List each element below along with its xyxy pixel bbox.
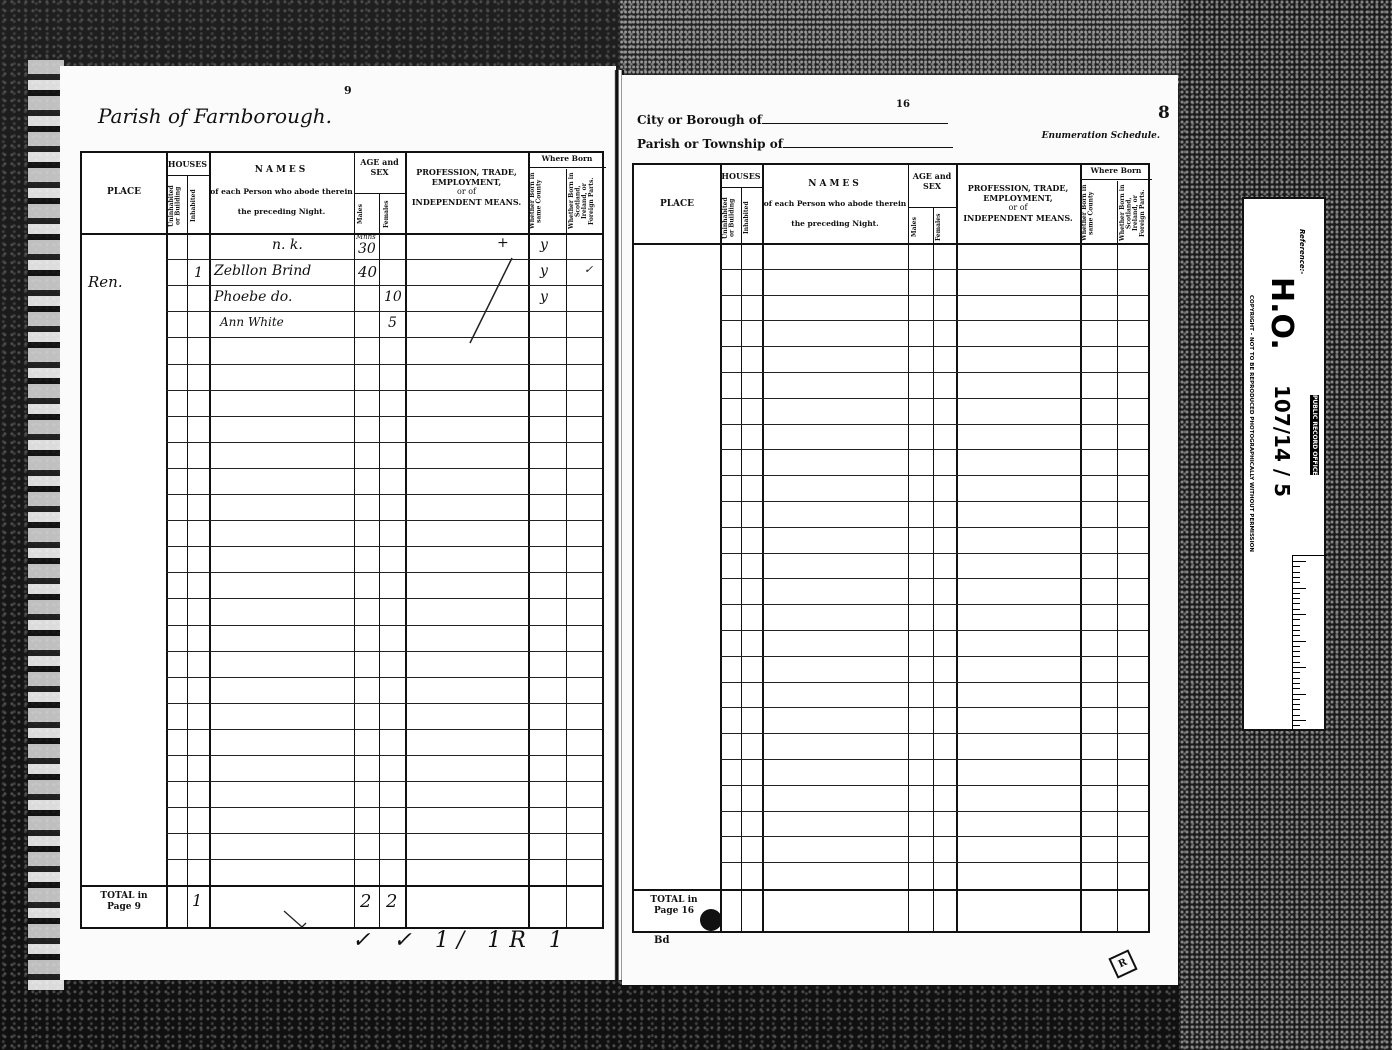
tag-reference-label: Reference:- <box>1298 229 1306 274</box>
header-inhabited: Inhabited <box>191 181 205 231</box>
ruler-tick <box>1292 619 1300 620</box>
table-row-line <box>720 733 1148 734</box>
ruler-tick <box>1292 704 1300 705</box>
table-row-line <box>720 527 1148 528</box>
total-males: 2 <box>360 891 371 912</box>
header-born-same-county: Whether Born in same County <box>1082 183 1114 243</box>
table-row-line <box>720 475 1148 476</box>
table-row-line <box>720 836 1148 837</box>
table-row-line <box>166 781 602 782</box>
ruler-tick <box>1292 566 1300 567</box>
header-names-sub1: of each Person who abode therein <box>762 199 908 208</box>
ink-blot <box>700 909 722 931</box>
header-where-born: Where Born <box>1080 166 1152 175</box>
table-row-line <box>166 520 602 521</box>
header-born-same-county: Whether Born in same County <box>530 171 564 231</box>
col-divider <box>166 153 168 927</box>
entry-name: n. k. <box>272 237 303 253</box>
header-profession: PROFESSION, TRADE, EMPLOYMENT, or of IND… <box>405 167 528 207</box>
entry-name: Zebllon Brind <box>214 263 311 279</box>
ruler-tick <box>1292 561 1306 562</box>
tag-copyright: COPYRIGHT - NOT TO BE REPRODUCED PHOTOGR… <box>1248 295 1254 552</box>
table-row-line <box>720 682 1148 683</box>
col-divider <box>379 193 380 927</box>
ruler-tick <box>1292 598 1300 599</box>
ruler-tick <box>1292 651 1300 652</box>
table-row-line <box>720 553 1148 554</box>
page-number: 16 <box>896 99 910 110</box>
ruler-tick <box>1292 672 1300 673</box>
right-page: 16 8 City or Borough of Parish or Townsh… <box>622 75 1178 985</box>
header-place: PLACE <box>82 187 166 198</box>
ruler-tick <box>1292 588 1306 589</box>
table-row-line <box>720 346 1148 347</box>
table-row-line <box>720 759 1148 760</box>
table-row-line <box>720 269 1148 270</box>
table-row-line <box>720 707 1148 708</box>
ruler-tick <box>1292 678 1300 679</box>
col-divider <box>528 153 530 927</box>
header-age-sex: AGE and SEX <box>354 157 405 177</box>
table-row-line <box>720 372 1148 373</box>
table-row-line <box>720 630 1148 631</box>
header-age-sex: AGE and SEX <box>908 171 956 191</box>
header-uninhabited: Uninhabited or Building <box>169 181 185 231</box>
entry-male-age: 30 <box>358 241 376 257</box>
pen-stroke <box>462 253 522 348</box>
header-names: NAMES <box>209 165 354 176</box>
header-names-sub1: of each Person who abode therein <box>209 187 354 196</box>
col-divider <box>187 175 188 927</box>
ruler-tick <box>1292 572 1300 573</box>
parish-heading: Parish of Farnborough. <box>98 104 332 128</box>
table-row-line <box>166 572 602 573</box>
header-females: Females <box>936 213 954 241</box>
table-row-line <box>720 501 1148 502</box>
table-row-line <box>166 390 602 391</box>
parish-township-field: Parish or Township of <box>637 135 953 151</box>
entry-female-age: 10 <box>384 289 402 305</box>
ruler-tick <box>1292 656 1300 657</box>
header-where-born: Where Born <box>528 154 606 163</box>
header-profession: PROFESSION, TRADE, EMPLOYMENT, or of IND… <box>956 183 1080 223</box>
table-row-line <box>720 656 1148 657</box>
table-row-line <box>166 625 602 626</box>
reference-tag: Reference:- H.O. 107/14 / 5 PUBLIC RECOR… <box>1242 197 1326 731</box>
table-row-line <box>166 468 602 469</box>
table-row-line <box>166 285 602 286</box>
table-row-line <box>166 807 602 808</box>
entry-female-age: 5 <box>388 315 397 331</box>
table-row-line <box>166 259 602 260</box>
table-row-line <box>720 295 1148 296</box>
ruler-tick <box>1292 625 1300 626</box>
ruler-tick <box>1292 593 1300 594</box>
header-uninhabited: Uninhabited or Building <box>723 193 739 243</box>
table-row-line <box>166 859 602 860</box>
place-note: Ren. <box>88 273 123 291</box>
ruler-tick <box>1292 614 1306 615</box>
header-females: Females <box>384 199 402 229</box>
entry-male-age: 40 <box>358 263 377 281</box>
header-names: NAMES <box>762 179 908 190</box>
header-place: PLACE <box>634 199 720 210</box>
table-row-line <box>166 598 602 599</box>
table-row-line <box>720 785 1148 786</box>
table-row-line <box>166 755 602 756</box>
col-divider <box>209 153 211 927</box>
entry-inhabited: 1 <box>194 265 203 281</box>
table-row-line <box>720 424 1148 425</box>
ruler-tick <box>1292 603 1300 604</box>
ruler-tick <box>1292 683 1300 684</box>
entry-same-county: y <box>540 237 548 253</box>
table-row-line <box>166 311 602 312</box>
col-divider <box>405 153 407 927</box>
binding-edge <box>28 60 64 990</box>
table-row-line <box>720 398 1148 399</box>
schedule-label: Enumeration Schedule. <box>1042 131 1160 141</box>
census-table-right: PLACE HOUSES Uninhabited or Building Inh… <box>632 163 1150 933</box>
page-number: 9 <box>344 84 352 97</box>
ruler-tick <box>1292 688 1300 689</box>
header-inhabited: Inhabited <box>744 193 758 243</box>
table-row-line <box>720 449 1148 450</box>
footer-mark: Bd <box>654 935 669 946</box>
col-divider <box>566 169 567 927</box>
entry-age-note: Mnns <box>356 233 376 241</box>
table-row-line <box>166 494 602 495</box>
left-page: 9 Parish of Farnborough. PLACE HOUSES Un… <box>60 66 616 980</box>
table-row-line <box>166 416 602 417</box>
entry-name: Ann White <box>220 315 284 329</box>
table-row-line <box>166 337 602 338</box>
ruler-tick <box>1292 715 1300 716</box>
entry-elsewhere: ✓ <box>584 263 593 276</box>
tag-series: H.O. <box>1264 277 1299 350</box>
entry-profession: + <box>497 235 509 251</box>
total-label: TOTAL in Page 9 <box>82 891 166 914</box>
ruler-tick <box>1292 630 1300 631</box>
tick-mark-icon <box>282 909 312 933</box>
col-divider <box>354 153 355 927</box>
folio-number: 8 <box>1158 103 1170 123</box>
tag-office: PUBLIC RECORD OFFICE <box>1310 395 1319 475</box>
ruler-tick <box>1292 641 1306 642</box>
header-males: Males <box>912 213 930 241</box>
ruler-tick <box>1292 577 1300 578</box>
census-table-left: PLACE HOUSES Uninhabited or Building Inh… <box>80 151 604 929</box>
header-males: Males <box>358 199 376 229</box>
table-row-line <box>166 442 602 443</box>
total-females: 2 <box>386 891 397 912</box>
ruler-tick <box>1292 699 1300 700</box>
header-names-sub2: the preceding Night. <box>762 219 908 228</box>
table-row-line <box>720 811 1148 812</box>
entry-same-county: y <box>540 263 548 279</box>
table-row-line <box>166 833 602 834</box>
ruler-tick <box>1292 709 1300 710</box>
header-born-elsewhere: Whether Born in Scotland, Ireland, or Fo… <box>569 171 603 231</box>
table-row-line <box>720 578 1148 579</box>
stamp-icon: R <box>1108 949 1137 978</box>
ruler-tick <box>1292 662 1300 663</box>
header-born-elsewhere: Whether Born in Scotland, Ireland, or Fo… <box>1120 183 1150 243</box>
table-row-line <box>166 729 602 730</box>
city-borough-field: City or Borough of <box>637 111 948 127</box>
table-row-line <box>720 604 1148 605</box>
tag-piece: 107/14 / 5 <box>1270 385 1294 497</box>
ruler-tick <box>1292 646 1300 647</box>
ruler-tick <box>1292 582 1300 583</box>
ruler-tick <box>1292 635 1300 636</box>
header-houses: HOUSES <box>166 159 209 169</box>
table-row-line <box>166 677 602 678</box>
total-inhabited: 1 <box>192 891 202 910</box>
table-row-line <box>720 862 1148 863</box>
ruler-tick <box>1292 609 1300 610</box>
table-row-line <box>166 651 602 652</box>
ruler-tick <box>1292 694 1306 695</box>
ruler-tick <box>1292 667 1306 668</box>
entry-same-county: y <box>540 289 548 305</box>
table-row-line <box>166 364 602 365</box>
header-names-sub2: the preceding Night. <box>209 207 354 216</box>
bottom-notes: ✓ ✓ 1/ 1R 1 <box>352 928 571 953</box>
entry-name: Phoebe do. <box>214 289 292 305</box>
table-row-line <box>720 320 1148 321</box>
table-row-line <box>166 546 602 547</box>
header-houses: HOUSES <box>720 171 762 181</box>
ruler-tick <box>1292 720 1306 721</box>
ruler-tick <box>1292 725 1300 726</box>
table-row-line <box>166 703 602 704</box>
